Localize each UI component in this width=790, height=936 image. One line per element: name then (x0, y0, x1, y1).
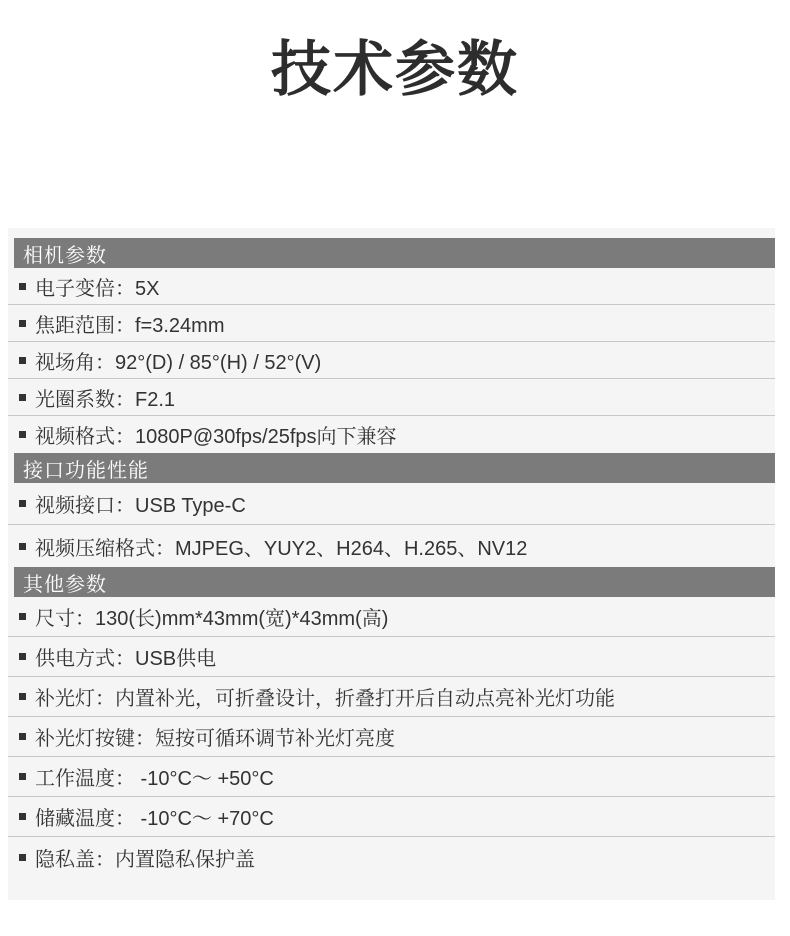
section-rows: 视频接口：USB Type-C 视频压缩格式：MJPEG、YUY2、H264、H… (8, 483, 775, 567)
section-header-other-params: 其他参数 (14, 567, 775, 597)
bullet-square-icon (19, 693, 26, 700)
spec-row-text: 供电方式：USB供电 (35, 642, 216, 671)
spec-row-text: 补光灯：内置补光，可折叠设计，折叠打开后自动点亮补光灯功能 (35, 682, 615, 711)
spec-row-text: 视频接口：USB Type-C (35, 489, 246, 518)
bullet-square-icon (19, 543, 26, 550)
spec-sheet-page: 技术参数 相机参数 电子变倍：5X 焦距范围：f=3.24mm 视场角：92°(… (0, 0, 790, 107)
bullet-square-icon (19, 357, 26, 364)
spec-row-text: 尺寸：130(长)mm*43mm(宽)*43mm(高) (35, 602, 388, 631)
bullet-square-icon (19, 733, 26, 740)
bullet-square-icon (19, 394, 26, 401)
spec-row-text: 视场角：92°(D) / 85°(H) / 52°(V) (35, 346, 321, 375)
bullet-square-icon (19, 283, 26, 290)
spec-row-fill-light: 补光灯：内置补光，可折叠设计，折叠打开后自动点亮补光灯功能 (8, 677, 775, 717)
spec-row-fill-light-button: 补光灯按键：短按可循环调节补光灯亮度 (8, 717, 775, 757)
spec-row-text: 视频压缩格式：MJPEG、YUY2、H264、H.265、NV12 (35, 532, 527, 561)
spec-row-privacy-cover: 隐私盖：内置隐私保护盖 (8, 837, 775, 877)
spec-row-compression-format: 视频压缩格式：MJPEG、YUY2、H264、H.265、NV12 (8, 525, 775, 567)
section-header-camera-params: 相机参数 (14, 238, 775, 268)
spec-row-digital-zoom: 电子变倍：5X (8, 268, 775, 305)
spec-row-text: 储藏温度： -10°C～ +70°C (35, 802, 274, 831)
bullet-square-icon (19, 500, 26, 507)
spec-row-text: 工作温度： -10°C～ +50°C (35, 762, 274, 791)
section-camera-params: 相机参数 电子变倍：5X 焦距范围：f=3.24mm 视场角：92°(D) / … (8, 238, 775, 453)
bullet-square-icon (19, 773, 26, 780)
bullet-square-icon (19, 431, 26, 438)
section-other-params: 其他参数 尺寸：130(长)mm*43mm(宽)*43mm(高) 供电方式：US… (8, 567, 775, 877)
spec-row-power-supply: 供电方式：USB供电 (8, 637, 775, 677)
spec-row-video-interface: 视频接口：USB Type-C (8, 483, 775, 525)
spec-row-video-format: 视频格式：1080P@30fps/25fps向下兼容 (8, 416, 775, 453)
spec-row-aperture: 光圈系数：F2.1 (8, 379, 775, 416)
bullet-square-icon (19, 653, 26, 660)
spec-row-storage-temperature: 储藏温度： -10°C～ +70°C (8, 797, 775, 837)
spec-row-text: 视频格式：1080P@30fps/25fps向下兼容 (35, 420, 397, 449)
bullet-square-icon (19, 320, 26, 327)
bullet-square-icon (19, 854, 26, 861)
spec-panel: 相机参数 电子变倍：5X 焦距范围：f=3.24mm 视场角：92°(D) / … (8, 228, 775, 900)
spec-row-text: 补光灯按键：短按可循环调节补光灯亮度 (35, 722, 395, 751)
bullet-square-icon (19, 613, 26, 620)
spec-row-text: 焦距范围：f=3.24mm (35, 309, 224, 338)
section-header-interface-performance: 接口功能性能 (14, 453, 775, 483)
spec-row-dimensions: 尺寸：130(长)mm*43mm(宽)*43mm(高) (8, 597, 775, 637)
spec-row-text: 隐私盖：内置隐私保护盖 (35, 843, 255, 872)
page-title: 技术参数 (0, 0, 790, 107)
section-interface-performance: 接口功能性能 视频接口：USB Type-C 视频压缩格式：MJPEG、YUY2… (8, 453, 775, 567)
section-rows: 电子变倍：5X 焦距范围：f=3.24mm 视场角：92°(D) / 85°(H… (8, 268, 775, 453)
section-rows: 尺寸：130(长)mm*43mm(宽)*43mm(高) 供电方式：USB供电 补… (8, 597, 775, 877)
bullet-square-icon (19, 813, 26, 820)
spec-row-text: 电子变倍：5X (35, 272, 159, 301)
spec-row-field-of-view: 视场角：92°(D) / 85°(H) / 52°(V) (8, 342, 775, 379)
spec-row-operating-temperature: 工作温度： -10°C～ +50°C (8, 757, 775, 797)
spec-row-focal-length: 焦距范围：f=3.24mm (8, 305, 775, 342)
spec-row-text: 光圈系数：F2.1 (35, 383, 175, 412)
